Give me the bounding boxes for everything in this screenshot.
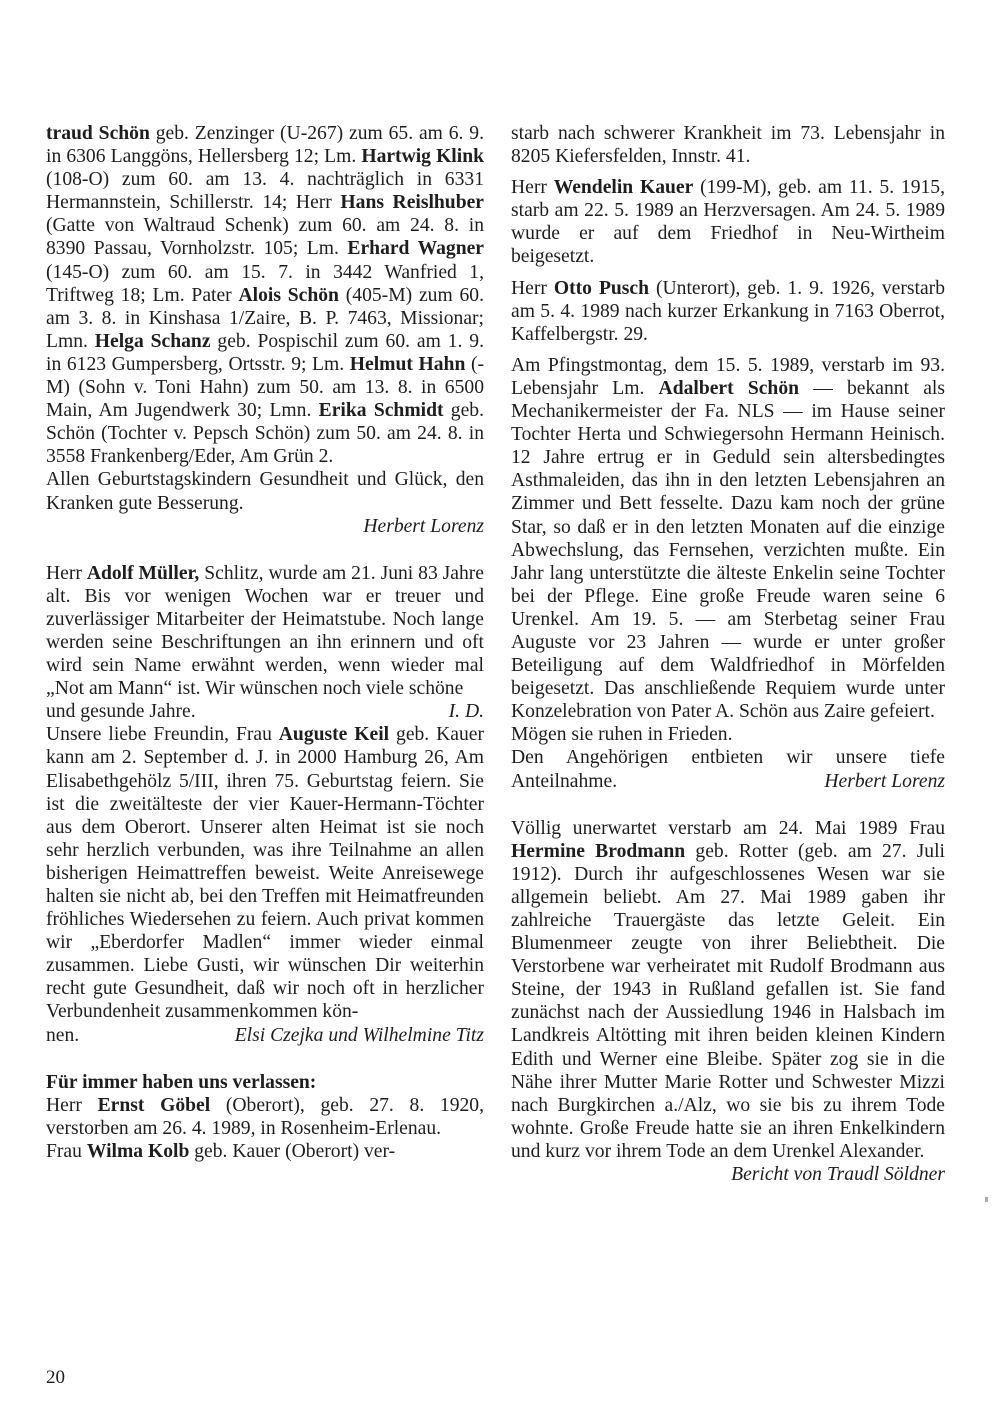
person-name: Erika Schmidt <box>319 400 444 421</box>
birthday-closing: Allen Geburtstagskindern Gesundheit und … <box>46 468 484 514</box>
obit-wilma-kolb: Frau Wilma Kolb geb. Kauer (Oberort) ver… <box>46 1140 484 1163</box>
signature-traudl-soeldner: Bericht von Traudl Söldner <box>511 1163 945 1186</box>
person-name: Alois Schön <box>239 285 339 306</box>
left-column: traud Schön geb. Zenzinger (U-267) zum 6… <box>46 122 484 1163</box>
obit-ernst-goebel: Herr Ernst Göbel (Oberort), geb. 27. 8. … <box>46 1094 484 1140</box>
name-auguste-keil: Auguste Keil <box>279 724 389 745</box>
obit-hermine-brodmann: Völlig unerwartet verstarb am 24. Mai 19… <box>511 817 945 1163</box>
person-name: Erhard Wagner <box>347 238 484 259</box>
article-adolf-mueller: Herr Adolf Müller, Schlitz, wurde am 21.… <box>46 562 484 701</box>
person-name: traud Schön <box>46 123 150 144</box>
condolence: Den Angehörigen entbieten wir unsere tie… <box>511 746 945 769</box>
page-number: 20 <box>46 1367 65 1389</box>
signature-herbert-lorenz-2: Herbert Lorenz <box>824 770 945 793</box>
signature-id: I. D. <box>449 700 484 723</box>
name-adolf-mueller: Adolf Müller, <box>87 563 200 584</box>
person-name: Helmut Hahn <box>350 354 466 375</box>
person-name: Helga Schanz <box>95 331 211 352</box>
obituaries-heading: Für immer haben uns verlassen: <box>46 1071 484 1094</box>
person-name: Hartwig Klink <box>361 146 484 167</box>
person-name: Hans Reislhuber <box>340 192 484 213</box>
obit-wendelin-kauer: Herr Wendelin Kauer (199-M), geb. am 11.… <box>511 176 945 268</box>
signature-herbert-lorenz: Herbert Lorenz <box>46 515 484 538</box>
rest-in-peace: Mögen sie ruhen in Frieden. <box>511 723 945 746</box>
signature-czejka-titz: Elsi Czejka und Wilhelmine Titz <box>235 1024 484 1047</box>
scan-speck <box>985 1197 988 1202</box>
obit-wilma-kolb-continued: starb nach schwerer Krankheit im 73. Leb… <box>511 122 945 168</box>
obit-adalbert-schoen: Am Pfingstmontag, dem 15. 5. 1989, verst… <box>511 354 945 724</box>
right-column: starb nach schwerer Krankheit im 73. Leb… <box>511 122 945 1186</box>
obit-otto-pusch: Herr Otto Pusch (Unterort), geb. 1. 9. 1… <box>511 277 945 346</box>
birthday-list: traud Schön geb. Zenzinger (U-267) zum 6… <box>46 122 484 468</box>
article-auguste-keil: Unsere liebe Freundin, Frau Auguste Keil… <box>46 723 484 1023</box>
